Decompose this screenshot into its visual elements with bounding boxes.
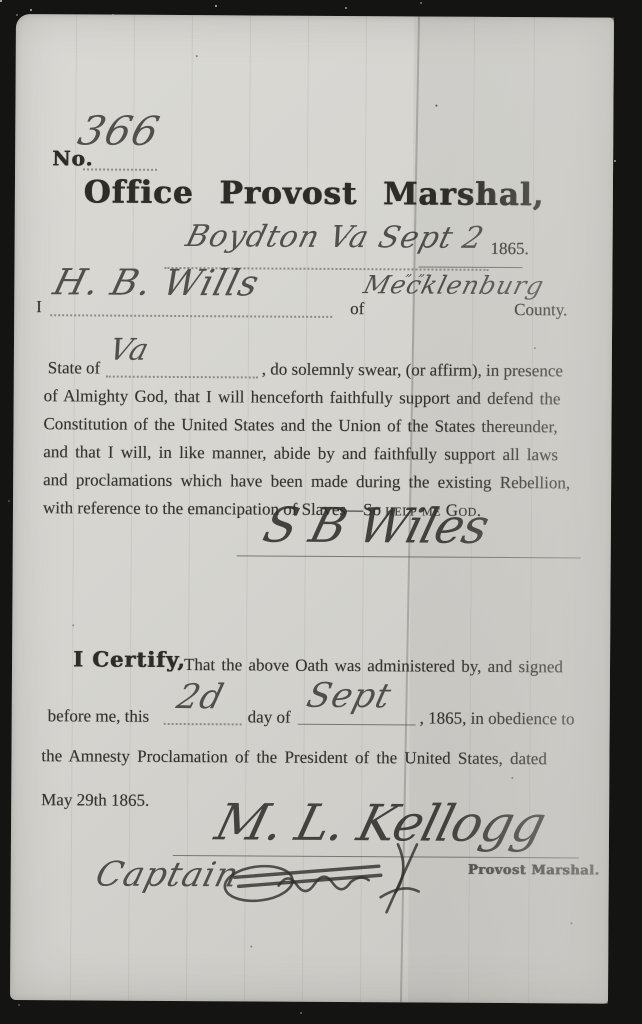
dateline-year-printed: 1865. (491, 239, 529, 259)
day-written: 2d (173, 677, 229, 717)
of-label: of (350, 299, 364, 319)
form-number-written: 366 (73, 108, 164, 154)
oath-i-label: I (36, 297, 42, 317)
paper-noise (16, 14, 18, 16)
form-number-dotted-line (83, 168, 157, 170)
day-dotted-line (164, 723, 242, 725)
state-dotted-line (106, 376, 258, 379)
certify-line1: That the above Oath was administered by,… (184, 655, 563, 677)
name-written: H. B. Wills (49, 262, 263, 304)
oath-line4: and that I will, in like manner, abide b… (43, 442, 558, 465)
certify-line2-pre: before me, this (48, 706, 150, 727)
dateline-place-date-written: Boydton Va Sept 2 (182, 219, 488, 256)
county-written: Mecklenburg (361, 270, 548, 300)
month-written: Sept (303, 676, 396, 716)
oath-line5: and proclamations which have been made d… (43, 470, 570, 493)
paper-crease (528, 17, 535, 1003)
oath-line3: Constitution of the United States and th… (43, 414, 557, 437)
officer-title-printed: Provost Marshal. (468, 863, 600, 879)
state-label: State of (48, 358, 101, 378)
certify-line2-mid: day of (248, 707, 291, 727)
oath-line2: of Almighty God, that I will henceforth … (44, 386, 561, 409)
certify-line3: the Amnesty Proclamation of the Presiden… (41, 746, 547, 769)
certify-line4: May 29th 1865. (41, 790, 149, 811)
scan-border-noise (0, 0, 2, 2)
certify-line2-post: , 1865, in obedience to (420, 708, 575, 729)
name-dotted-line (50, 314, 332, 318)
document-title: Office Provost Marshal, (15, 174, 613, 214)
oath-line1: , do solemnly swear, (or affirm), in pre… (262, 360, 563, 382)
oath-signature-written: S B Wiles (258, 498, 494, 555)
crossed-out-scribble (220, 841, 470, 921)
state-written: Va (105, 333, 153, 368)
county-label: County. (514, 300, 567, 320)
scanned-document-page: { "form": { "no_label": "No.", "no_value… (0, 0, 642, 1024)
certify-lead: I Certify, (73, 646, 186, 672)
month-underline (298, 724, 416, 726)
document-paper: No. 366 Office Provost Marshal, Boydton … (10, 14, 614, 1004)
